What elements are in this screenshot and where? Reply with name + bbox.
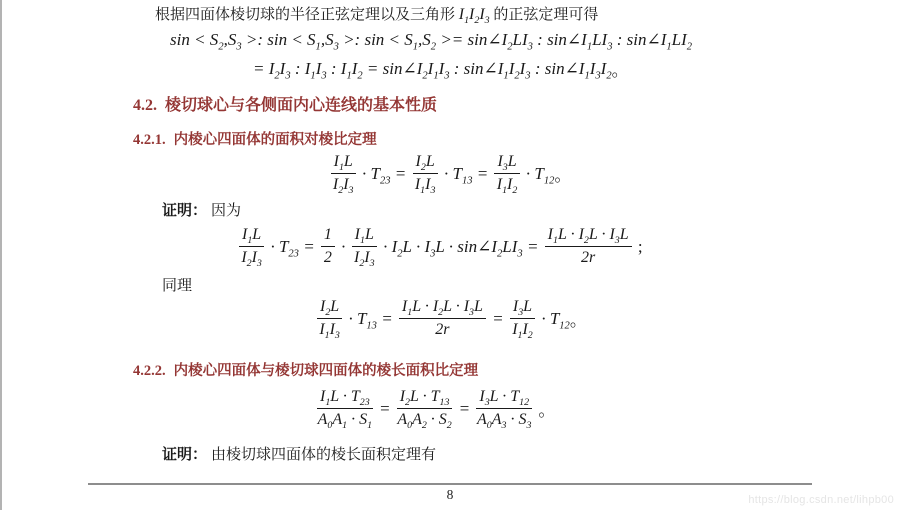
fraction: I3LI1I2	[494, 153, 519, 194]
punctuation: 。	[534, 396, 555, 421]
fraction: I1LI2I3	[352, 226, 377, 267]
math-text: sin < S2,S3 >: sin < S1,S3 >: sin < S1,S…	[170, 30, 692, 50]
fraction: I1LI2I3	[331, 153, 356, 194]
section-number: 4.2.	[133, 97, 157, 114]
fraction: I1L · I2L · I3L2r	[545, 226, 632, 267]
fraction: I1L · I2L · I3L2r	[399, 298, 486, 339]
proof-text: 因为	[211, 203, 241, 219]
formula-sine-ratio-line2: = I2I3 : I1I3 : I1I2 = sin∠I2I1I3 : sin∠…	[253, 56, 629, 81]
proof-line-1: 证明：因为	[162, 202, 241, 221]
section-number: 4.2.2.	[133, 363, 166, 379]
formula-proof-step-2: I2LI1I3 · T13 = I1L · I2L · I3L2r = I3LI…	[315, 298, 587, 339]
fraction: I2LI1I3	[413, 153, 438, 194]
formula-sine-ratio-line1: sin < S2,S3 >: sin < S1,S3 >: sin < S1,S…	[170, 30, 692, 50]
fraction: I1L · T23A0A1 · S1	[317, 388, 373, 429]
proof-line-2: 证明：由棱切球四面体的棱长面积定理有	[162, 446, 436, 465]
watermark: https://blog.csdn.net/lihpb00	[748, 494, 894, 506]
math-text: = I2I3 : I1I3 : I1I2 = sin∠I2I1I3 : sin∠…	[253, 59, 612, 79]
math-text: =	[454, 399, 474, 419]
fraction: I3LI1I2	[510, 298, 535, 339]
math-text: · T13 =	[440, 164, 493, 184]
section-number: 4.2.1.	[133, 132, 166, 148]
formula-edge-area-ratio-theorem: I1L · T23A0A1 · S1 = I2L · T13A0A2 · S2 …	[315, 388, 555, 429]
section-title: 内棱心四面体的面积对棱比定理	[174, 132, 377, 148]
math-text: · T12	[537, 309, 570, 329]
math-text: =	[375, 399, 395, 419]
proof-label: 证明：	[162, 446, 207, 463]
punctuation: 。	[570, 306, 587, 331]
fraction: I3L · T12A0A3 · S3	[476, 388, 532, 429]
punctuation: ;	[634, 237, 643, 257]
math-text: · I2L · I3L · sin∠I2LI3 =	[379, 237, 543, 257]
footer-rule	[88, 483, 812, 485]
formula-proof-step-1: I1LI2I3 · T23 = 12 · I1LI2I3 · I2L · I3L…	[237, 226, 643, 267]
section-heading-4-2-2: 4.2.2.内棱心四面体与棱切球四面体的棱长面积比定理	[133, 359, 478, 380]
fraction: I2L · T13A0A2 · S2	[397, 388, 453, 429]
math-text: I1I2I3	[459, 6, 490, 23]
window-left-border	[0, 0, 2, 510]
paragraph-intro: 根据四面体棱切球的半径正弦定理以及三角形 I1I2I3 的正弦定理可得	[155, 5, 598, 25]
proof-text: 由棱切球四面体的棱长面积定理有	[211, 447, 436, 463]
math-text: ·	[337, 237, 350, 257]
section-title: 棱切球心与各侧面内心连线的基本性质	[165, 97, 437, 114]
math-text: · T23 =	[266, 237, 319, 257]
section-heading-4-2: 4.2.棱切球心与各侧面内心连线的基本性质	[133, 92, 437, 115]
punctuation: 。	[554, 161, 571, 186]
math-text: · T12	[522, 164, 555, 184]
fraction: I2LI1I3	[317, 298, 342, 339]
proof-label: 证明：	[162, 202, 207, 219]
chinese-text: 根据四面体棱切球的半径正弦定理以及三角形	[155, 7, 459, 23]
document-page: 根据四面体棱切球的半径正弦定理以及三角形 I1I2I3 的正弦定理可得 sin …	[0, 0, 900, 510]
math-text: · T13 =	[344, 309, 397, 329]
section-heading-4-2-1: 4.2.1.内棱心四面体的面积对棱比定理	[133, 128, 377, 149]
fraction: I1LI2I3	[239, 226, 264, 267]
fraction: 12	[321, 226, 335, 267]
section-title: 内棱心四面体与棱切球四面体的棱长面积比定理	[174, 363, 479, 379]
formula-area-edge-ratio-theorem: I1LI2I3 · T23 = I2LI1I3 · T13 = I3LI1I2 …	[0, 153, 900, 194]
chinese-text: 的正弦定理可得	[490, 7, 599, 23]
math-text: · T23 =	[358, 164, 411, 184]
similarly-text: 同理	[162, 277, 192, 296]
math-text: =	[488, 309, 508, 329]
punctuation: 。	[612, 56, 629, 81]
